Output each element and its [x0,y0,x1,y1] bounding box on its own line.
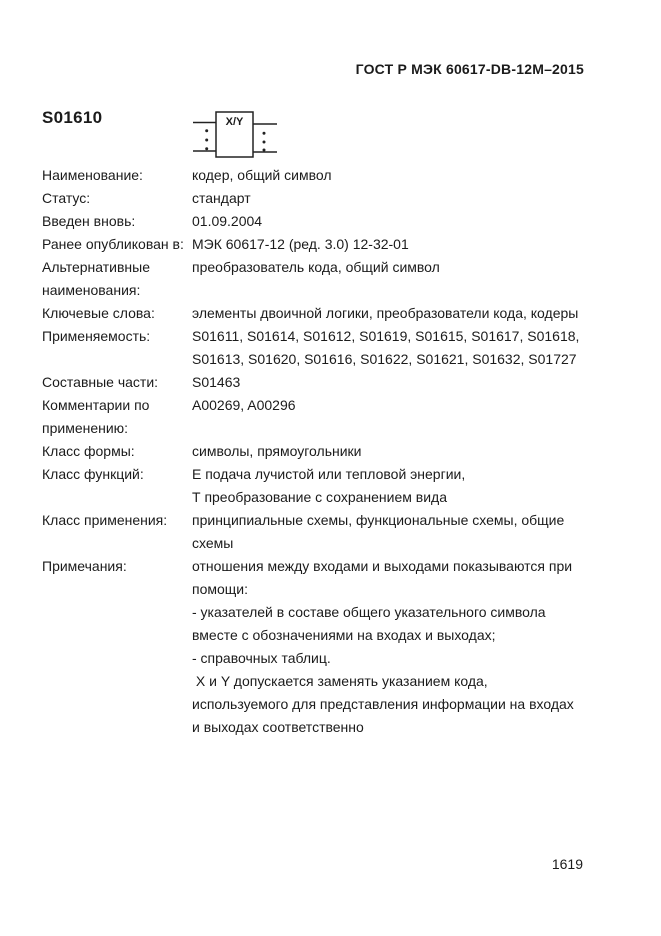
field-value-line: схемы [192,532,602,555]
field-label: Статус: [42,187,192,210]
field-value-line: A00269, A00296 [192,394,602,417]
field-value: преобразователь кода, общий символ [192,256,602,279]
field-value: A00269, A00296 [192,394,602,417]
field-label: Класс функций: [42,463,192,486]
field-label: Класс применения: [42,509,192,532]
field-value-line: элементы двоичной логики, преобразовател… [192,302,602,325]
field-value: символы, прямоугольники [192,440,602,463]
field-row: Наименование: кодер, общий символ [42,164,602,187]
output-ellipsis-dot [263,149,266,152]
field-value-line: принципиальные схемы, функциональные схе… [192,509,602,532]
field-value-line: - справочных таблиц. [192,647,602,670]
field-row: Класс функций: Е подача лучистой или теп… [42,463,602,509]
field-value: принципиальные схемы, функциональные схе… [192,509,602,555]
field-row: Составные части: S01463 [42,371,602,394]
input-ellipsis-dot [205,139,208,142]
field-value: кодер, общий символ [192,164,602,187]
field-value-line: кодер, общий символ [192,164,602,187]
field-value-line: символы, прямоугольники [192,440,602,463]
symbol-id: S01610 [42,108,102,128]
field-label: Примечания: [42,555,192,578]
encoder-symbol-icon: X/Y [192,110,282,162]
field-row: Класс применения: принципиальные схемы, … [42,509,602,555]
field-value-line: S01613, S01620, S01616, S01622, S01621, … [192,348,602,371]
field-label: Комментарии по применению: [42,394,192,440]
field-row: Статус: стандарт [42,187,602,210]
field-row: Применяемость: S01611, S01614, S01612, S… [42,325,602,371]
field-value-line: стандарт [192,187,602,210]
field-value: отношения между входами и выходами показ… [192,555,602,739]
field-row: Ранее опубликован в: МЭК 60617-12 (ред. … [42,233,602,256]
field-label: Применяемость: [42,325,192,348]
symbol-label: X/Y [226,116,244,128]
field-value-line: и выходах соответственно [192,716,602,739]
field-value: Е подача лучистой или тепловой энергии,Т… [192,463,602,509]
field-label: Составные части: [42,371,192,394]
field-value: S01611, S01614, S01612, S01619, S01615, … [192,325,602,371]
fields-table: Наименование: кодер, общий символ Статус… [42,164,602,739]
field-value: стандарт [192,187,602,210]
output-ellipsis-dot [263,141,266,144]
field-label: Альтернативные наименования: [42,256,192,302]
field-value-line: вместе с обозначениями на входах и выход… [192,624,602,647]
field-value-line: S01611, S01614, S01612, S01619, S01615, … [192,325,602,348]
field-row: Альтернативные наименования: преобразова… [42,256,602,302]
document-page: ГОСТ Р МЭК 60617-DB-12M–2015 S01610 X/Y … [0,0,661,936]
document-header: ГОСТ Р МЭК 60617-DB-12M–2015 [0,61,584,77]
input-ellipsis-dot [205,129,208,132]
field-row: Ключевые слова: элементы двоичной логики… [42,302,602,325]
field-value-line: отношения между входами и выходами показ… [192,555,602,578]
field-value-line: Т преобразование с сохранением вида [192,486,602,509]
field-value: S01463 [192,371,602,394]
field-label: Введен вновь: [42,210,192,233]
field-value-line: X и Y допускается заменять указанием код… [192,670,602,693]
field-row: Введен вновь: 01.09.2004 [42,210,602,233]
field-value-line: Е подача лучистой или тепловой энергии, [192,463,602,486]
field-value-line: используемого для представления информац… [192,693,602,716]
field-row: Класс формы: символы, прямоугольники [42,440,602,463]
field-label: Класс формы: [42,440,192,463]
field-value-line: S01463 [192,371,602,394]
field-label: Ключевые слова: [42,302,192,325]
field-value-line: - указателей в составе общего указательн… [192,601,602,624]
field-value-line: преобразователь кода, общий символ [192,256,602,279]
field-value-line: 01.09.2004 [192,210,602,233]
field-value-line: помощи: [192,578,602,601]
output-ellipsis-dot [263,132,266,135]
field-value: элементы двоичной логики, преобразовател… [192,302,602,325]
page-number: 1619 [552,856,583,872]
field-label: Наименование: [42,164,192,187]
field-row: Примечания: отношения между входами и вы… [42,555,602,739]
input-ellipsis-dot [205,147,208,150]
field-row: Комментарии по применению: A00269, A0029… [42,394,602,440]
field-value-line: МЭК 60617-12 (ред. 3.0) 12-32-01 [192,233,602,256]
field-value: 01.09.2004 [192,210,602,233]
field-label: Ранее опубликован в: [42,233,192,256]
field-value: МЭК 60617-12 (ред. 3.0) 12-32-01 [192,233,602,256]
